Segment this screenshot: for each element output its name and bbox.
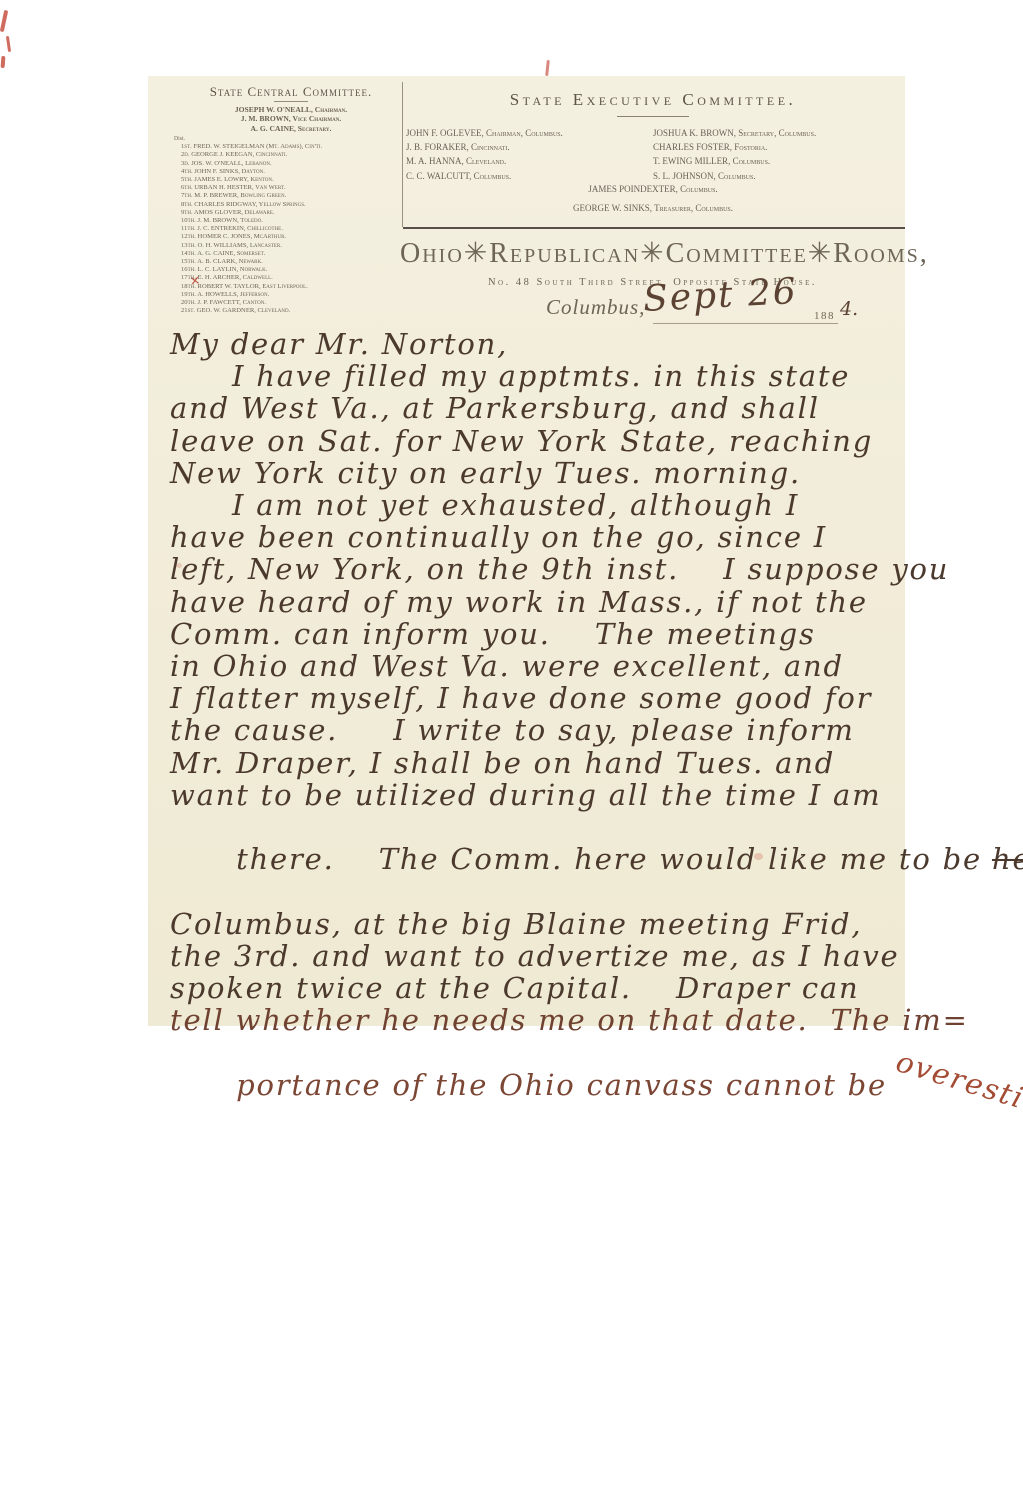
district-member: 15th. A. B. CLARK, Newark.	[174, 258, 408, 266]
central-officer: J. M. BROWN, Vice Chairman.	[174, 114, 408, 123]
dateline-city: Columbus,	[546, 295, 645, 320]
title-rule	[617, 116, 689, 117]
executive-member: T. EWING MILLER, Columbus.	[653, 154, 900, 168]
district-member: 11th. J. C. ENTREKIN, Chillicothe.	[174, 225, 408, 233]
title-rule	[274, 101, 308, 102]
district-column-label: Dist.	[174, 136, 408, 142]
district-member: 18th. ROBERT W. TAYLOR, East Liverpool.	[174, 283, 408, 291]
letter-line: left, New York, on the 9th inst. I suppo…	[170, 553, 892, 585]
central-officer: A. G. CAINE, Secretary.	[174, 124, 408, 133]
header-rule	[403, 227, 905, 229]
letter-line: leave on Sat. for New York State, reachi…	[170, 425, 892, 457]
district-member: 21st. GEO. W. GARDNER, Cleveland.	[174, 307, 408, 315]
district-member: 5th. JAMES E. LOWRY, Kenton.	[174, 176, 408, 184]
letter-line: I flatter myself, I have done some good …	[170, 682, 892, 714]
letter-line: want to be utilized during all the time …	[170, 779, 892, 811]
letter-body: My dear Mr. Norton, I have filled my app…	[170, 328, 892, 1133]
district-member: 9th. AMOS GLOVER, Delaware.	[174, 209, 408, 217]
executive-member: M. A. HANNA, Cleveland.	[406, 154, 653, 168]
handwritten-year-suffix: 4.	[840, 298, 858, 320]
executive-left-column: JOHN F. OGLEVEE, Chairman, Columbus. J. …	[406, 126, 653, 183]
letter-line-text: portance of the Ohio canvass cannot be	[236, 1068, 887, 1102]
letter-line: Mr. Draper, I shall be on hand Tues. and	[170, 747, 892, 779]
letter-salutation: My dear Mr. Norton,	[170, 328, 892, 360]
red-pen-mark	[0, 10, 8, 32]
executive-committee-title: State Executive Committee.	[406, 90, 900, 110]
letter-line: I have filled my apptmts. in this state	[170, 360, 892, 392]
district-member: 3d. JOS. W. O'NEALL, Lebanon.	[174, 160, 408, 168]
state-central-committee-block: State Central Committee. JOSEPH W. O'NEA…	[174, 84, 408, 315]
district-member: 20th. J. P. FAWCETT, Canton.	[174, 299, 408, 307]
executive-member: J. B. FORAKER, Cincinnati.	[406, 140, 653, 154]
executive-treasurer: GEORGE W. SINKS, Treasurer, Columbus.	[406, 203, 900, 213]
district-member: 16th. L. C. LAYLIN, Norwalk.	[174, 266, 408, 274]
executive-member: S. L. JOHNSON, Columbus.	[653, 169, 900, 183]
letter-line: the cause. I write to say, please inform	[170, 714, 892, 746]
letter-line: spoken twice at the Capital. Draper can	[170, 972, 892, 1004]
letter-line: have heard of my work in Mass., if not t…	[170, 586, 892, 618]
district-member: 10th. J. M. BROWN, Toledo.	[174, 217, 408, 225]
executive-member: JOHN F. OGLEVEE, Chairman, Columbus.	[406, 126, 653, 140]
district-member: 14th. A. G. CAINE, Somerset.	[174, 250, 408, 258]
executive-right-column: JOSHUA K. BROWN, Secretary, Columbus. CH…	[653, 126, 900, 183]
executive-member: JAMES POINDEXTER, Columbus.	[406, 184, 900, 194]
dateline-rule	[653, 323, 838, 324]
letter-line: there. The Comm. here would like me to b…	[170, 811, 892, 908]
printed-year-prefix: 188	[814, 310, 835, 322]
executive-member: JOSHUA K. BROWN, Secretary, Columbus.	[653, 126, 900, 140]
district-member: 7th. M. P. BREWER, Bowling Green.	[174, 192, 408, 200]
district-member: 6th. URBAN H. HESTER, Van Wert.	[174, 184, 408, 192]
letter-line: I am not yet exhausted, although I	[170, 489, 892, 521]
letter-line: New York city on early Tues. morning.	[170, 457, 892, 489]
letter-line: Columbus, at the big Blaine meeting Frid…	[170, 908, 892, 940]
central-committee-title: State Central Committee.	[174, 84, 408, 100]
executive-member-columns: JOHN F. OGLEVEE, Chairman, Columbus. J. …	[406, 126, 900, 183]
letter-line-text: there. The Comm. here would like me to b…	[236, 842, 982, 876]
district-member: 19th. A. HOWELLS, Jefferson.	[174, 291, 408, 299]
struck-word: here	[992, 842, 1023, 876]
letter-line: tell whether he needs me on that date. T…	[170, 1004, 892, 1036]
handwritten-date: Sept 26	[642, 271, 799, 320]
column-divider-line	[402, 82, 403, 227]
letter-line: in Ohio and West Va. were excellent, and	[170, 650, 892, 682]
letter-line: portance of the Ohio canvass cannot beov…	[170, 1036, 892, 1133]
red-pen-mark	[6, 36, 11, 52]
district-member: 17th. E. H. ARCHER, Caldwell.	[174, 274, 408, 282]
red-pen-mark	[1, 56, 6, 68]
letter-line: and West Va., at Parkersburg, and shall	[170, 392, 892, 424]
executive-member: CHARLES FOSTER, Fostoria.	[653, 140, 900, 154]
letter-line: have been continually on the go, since I	[170, 521, 892, 553]
letter-line: the 3rd. and want to advertize me, as I …	[170, 940, 892, 972]
district-member: 13th. O. H. WILLIAMS, Lancaster.	[174, 242, 408, 250]
central-officer: JOSEPH W. O'NEALL, Chairman.	[174, 105, 408, 114]
executive-member: C. C. WALCUTT, Columbus.	[406, 169, 653, 183]
district-member: 1st. FRED. W. STEIGELMAN (Mt. Adams), Ci…	[174, 143, 408, 151]
district-member: 12th. HOMER C. JONES, McArthur.	[174, 233, 408, 241]
rooms-title: Ohio✳Republican✳Committee✳Rooms,	[400, 236, 905, 270]
letter-paper: ✕ State Central Committee. JOSEPH W. O'N…	[148, 76, 905, 1026]
final-word: overestimated	[892, 1045, 1023, 1144]
state-executive-committee-block: State Executive Committee. JOHN F. OGLEV…	[406, 90, 900, 213]
district-member-list: 1st. FRED. W. STEIGELMAN (Mt. Adams), Ci…	[174, 143, 408, 315]
district-member: 2d. GEORGE J. KEEGAN, Cincinnati.	[174, 151, 408, 159]
letter-line: Comm. can inform you. The meetings	[170, 618, 892, 650]
red-pen-mark	[545, 60, 550, 76]
district-member: 8th. CHARLES RIDGWAY, Yellow Springs.	[174, 201, 408, 209]
district-member: 4th. JOHN F. SINKS, Dayton.	[174, 168, 408, 176]
